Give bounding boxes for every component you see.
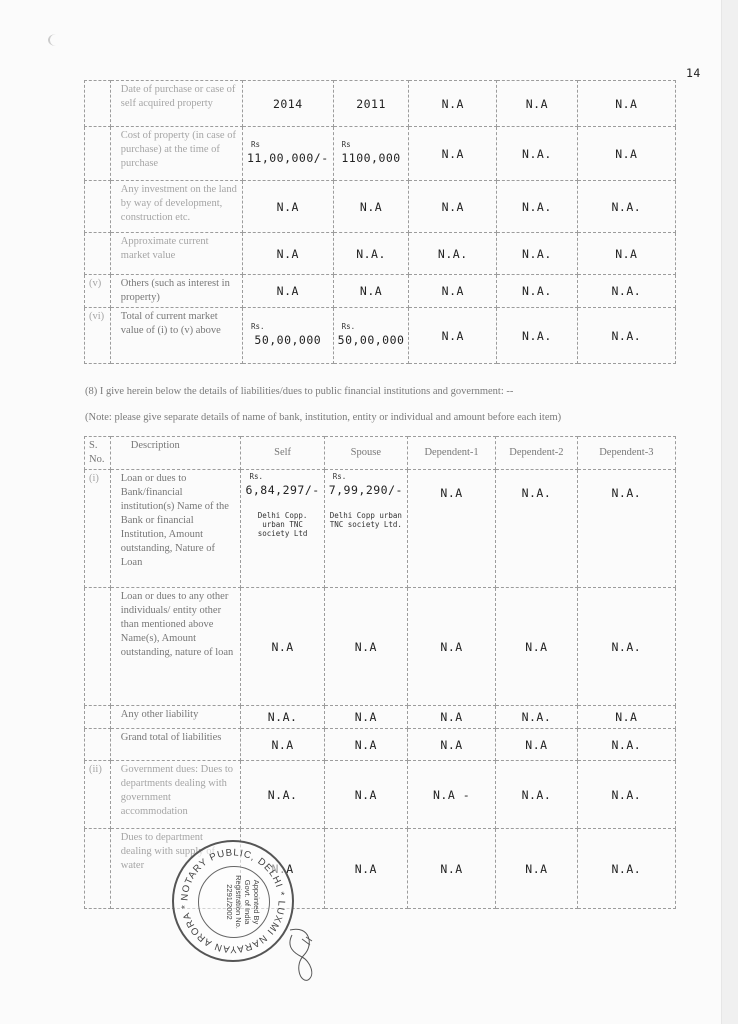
- handwritten-value: N.A: [615, 147, 637, 161]
- value-cell: N.A: [577, 127, 675, 181]
- table-row: Date of purchase or case of self acquire…: [85, 81, 676, 127]
- handwritten-value: N.A: [355, 862, 377, 876]
- table-row: (i)Loan or dues to Bank/financial instit…: [85, 470, 676, 588]
- handwritten-value: N.A: [355, 738, 377, 752]
- handwritten-value: N.A: [442, 329, 464, 343]
- value-cell: N.A: [577, 233, 675, 275]
- row-description: Loan or dues to any other individuals/ e…: [110, 588, 241, 706]
- value-cell: N.A: [242, 181, 333, 233]
- handwritten-value: N.A.: [522, 710, 552, 724]
- table-row: Loan or dues to any other individuals/ e…: [85, 588, 676, 706]
- value-cell: 2011: [333, 81, 409, 127]
- handwritten-value: 6,84,297/-: [245, 483, 319, 497]
- row-description: Date of purchase or case of self acquire…: [110, 81, 242, 127]
- handwritten-value: 2014: [273, 97, 303, 111]
- row-sno: [85, 829, 111, 909]
- handwritten-value: N.A.: [522, 200, 552, 214]
- row-sno: (ii): [85, 761, 111, 829]
- lender-note: Delhi Copp urban TNC society Ltd.: [329, 511, 403, 529]
- row-sno: [85, 588, 111, 706]
- value-cell: N.A: [324, 761, 407, 829]
- row-sno: [85, 81, 111, 127]
- table-row: Any other liabilityN.A.N.AN.AN.A.N.A: [85, 706, 676, 729]
- value-cell: N.A: [409, 127, 497, 181]
- handwritten-value: N.A.: [522, 247, 552, 261]
- header-spouse: Spouse: [324, 437, 407, 470]
- table-row: (v)Others (such as interest in property)…: [85, 275, 676, 308]
- value-cell: N.A: [324, 729, 407, 761]
- value-cell: N.A: [409, 81, 497, 127]
- handwritten-value: N.A: [442, 200, 464, 214]
- stamp-center-text: Appointed By Govt. of India Registration…: [205, 874, 261, 930]
- row-sno: [85, 181, 111, 233]
- handwritten-value: N.A.: [611, 284, 641, 298]
- header-sno: S. No.: [85, 437, 111, 470]
- value-cell: Rs1100,000: [333, 127, 409, 181]
- value-cell: N.A: [242, 275, 333, 308]
- value-cell: N.A: [577, 706, 675, 729]
- value-cell: N.A.: [577, 470, 675, 588]
- handwritten-value: N.A.: [356, 247, 386, 261]
- row-description: Government dues: Dues to departments dea…: [110, 761, 241, 829]
- value-cell: Rs.6,84,297/-Delhi Copp. urban TNC socie…: [241, 470, 324, 588]
- page-edge: [721, 0, 738, 1024]
- handwritten-value: N.A: [277, 200, 299, 214]
- notary-stamp: NOTARY PUBLIC, DELHI * LUXMI NARAYAN ARO…: [172, 840, 294, 962]
- handwritten-value: N.A.: [611, 200, 641, 214]
- handwritten-value: N.A: [355, 788, 377, 802]
- header-dependent-1: Dependent-1: [407, 437, 495, 470]
- liabilities-table: S. No. Description Self Spouse Dependent…: [84, 436, 676, 909]
- header-description: Description: [110, 437, 241, 470]
- value-cell: N.A: [409, 181, 497, 233]
- rs-prefix: Rs.: [249, 472, 319, 481]
- rs-prefix: Rs.: [333, 472, 403, 481]
- row-description: Any other liability: [110, 706, 241, 729]
- handwritten-value: N.A.: [522, 788, 552, 802]
- handwritten-value: N.A.: [268, 710, 298, 724]
- table-row: Approximate current market valueN.AN.A.N…: [85, 233, 676, 275]
- page-number: 14: [686, 66, 701, 80]
- handwritten-value: N.A: [615, 710, 637, 724]
- handwritten-value: 50,00,000: [338, 333, 405, 347]
- value-cell: Rs.50,00,000: [242, 308, 333, 364]
- handwritten-value: 7,99,290/-: [329, 483, 403, 497]
- value-cell: N.A.: [497, 181, 578, 233]
- value-cell: 2014: [242, 81, 333, 127]
- value-cell: Rs.7,99,290/-Delhi Copp urban TNC societ…: [324, 470, 407, 588]
- handwritten-value: N.A.: [522, 486, 552, 500]
- value-cell: N.A: [242, 233, 333, 275]
- handwritten-value: N.A: [277, 284, 299, 298]
- handwritten-value: N.A: [525, 738, 547, 752]
- section-8-note: (Note: please give separate details of n…: [85, 412, 561, 423]
- handwritten-value: N.A: [526, 97, 548, 111]
- value-cell: N.A.: [497, 308, 578, 364]
- row-sno: (v): [85, 275, 111, 308]
- value-cell: N.A: [496, 729, 578, 761]
- row-sno: (i): [85, 470, 111, 588]
- value-cell: N.A.: [496, 761, 578, 829]
- section-8-heading: (8) I give herein below the details of l…: [85, 386, 513, 397]
- value-cell: N.A.: [241, 761, 324, 829]
- rs-prefix: Rs.: [342, 322, 405, 331]
- punch-mark: [48, 34, 64, 46]
- table-row: Cost of property (in case of purchase) a…: [85, 127, 676, 181]
- handwritten-value: N.A: [440, 710, 462, 724]
- handwritten-value: N.A: [440, 738, 462, 752]
- handwritten-value: N.A: [440, 862, 462, 876]
- value-cell: N.A.: [577, 181, 675, 233]
- value-cell: Rs.50,00,000: [333, 308, 409, 364]
- row-description: Approximate current market value: [110, 233, 242, 275]
- signature: [280, 925, 320, 985]
- handwritten-value: N.A: [442, 147, 464, 161]
- handwritten-value: N.A.: [611, 738, 641, 752]
- stamp-line: Govt. of India: [243, 874, 252, 930]
- lender-note: Delhi Copp. urban TNC society Ltd: [245, 511, 319, 538]
- table-row: Grand total of liabilitiesN.AN.AN.AN.AN.…: [85, 729, 676, 761]
- value-cell: N.A: [577, 81, 675, 127]
- value-cell: N.A.: [577, 761, 675, 829]
- value-cell: N.A.: [409, 233, 497, 275]
- value-cell: N.A.: [497, 275, 578, 308]
- row-description: Grand total of liabilities: [110, 729, 241, 761]
- handwritten-value: N.A: [360, 200, 382, 214]
- value-cell: Rs11,00,000/-: [242, 127, 333, 181]
- handwritten-value: N.A: [440, 486, 462, 500]
- handwritten-value: N.A: [360, 284, 382, 298]
- value-cell: N.A.: [333, 233, 409, 275]
- handwritten-value: N.A: [615, 247, 637, 261]
- table-row: Any investment on the land by way of dev…: [85, 181, 676, 233]
- value-cell: N.A.: [496, 470, 578, 588]
- value-cell: N.A.: [577, 308, 675, 364]
- handwritten-value: N.A: [525, 862, 547, 876]
- value-cell: N.A: [333, 181, 409, 233]
- value-cell: N.A: [497, 81, 578, 127]
- value-cell: N.A: [409, 308, 497, 364]
- value-cell: N.A: [324, 829, 407, 909]
- value-cell: N.A: [407, 706, 495, 729]
- handwritten-value: N.A.: [268, 788, 298, 802]
- row-description: Total of current market value of (i) to …: [110, 308, 242, 364]
- row-sno: [85, 233, 111, 275]
- handwritten-value: N.A -: [433, 788, 470, 802]
- handwritten-value: N.A: [355, 640, 377, 654]
- value-cell: N.A: [496, 829, 578, 909]
- handwritten-value: 2011: [356, 97, 386, 111]
- handwritten-value: N.A.: [611, 486, 641, 500]
- rs-prefix: Rs.: [251, 322, 329, 331]
- value-cell: N.A: [324, 588, 407, 706]
- header-dependent-3: Dependent-3: [577, 437, 675, 470]
- handwritten-value: N.A: [355, 710, 377, 724]
- handwritten-value: N.A: [271, 738, 293, 752]
- table-row: (vi)Total of current market value of (i)…: [85, 308, 676, 364]
- rs-prefix: Rs: [251, 140, 329, 149]
- header-self: Self: [241, 437, 324, 470]
- value-cell: N.A.: [577, 729, 675, 761]
- handwritten-value: N.A: [277, 247, 299, 261]
- handwritten-value: N.A: [442, 284, 464, 298]
- handwritten-value: N.A.: [522, 147, 552, 161]
- value-cell: N.A: [496, 588, 578, 706]
- value-cell: N.A: [324, 706, 407, 729]
- value-cell: N.A: [409, 275, 497, 308]
- value-cell: N.A.: [241, 706, 324, 729]
- handwritten-value: N.A.: [522, 284, 552, 298]
- value-cell: N.A -: [407, 761, 495, 829]
- row-description: Loan or dues to Bank/financial instituti…: [110, 470, 241, 588]
- handwritten-value: N.A: [440, 640, 462, 654]
- value-cell: N.A.: [497, 127, 578, 181]
- value-cell: N.A.: [577, 275, 675, 308]
- handwritten-value: N.A: [525, 640, 547, 654]
- table-row: (ii)Government dues: Dues to departments…: [85, 761, 676, 829]
- row-sno: (vi): [85, 308, 111, 364]
- value-cell: N.A: [407, 470, 495, 588]
- handwritten-value: 11,00,000/-: [247, 151, 329, 165]
- assets-table: Date of purchase or case of self acquire…: [84, 80, 676, 364]
- handwritten-value: N.A.: [611, 788, 641, 802]
- stamp-line: Registration No.: [234, 874, 243, 930]
- handwritten-value: N.A.: [522, 329, 552, 343]
- value-cell: N.A.: [577, 588, 675, 706]
- value-cell: N.A: [241, 588, 324, 706]
- handwritten-value: N.A.: [611, 862, 641, 876]
- stamp-line: Appointed By: [252, 874, 261, 930]
- rs-prefix: Rs: [342, 140, 405, 149]
- handwritten-value: N.A: [271, 640, 293, 654]
- stamp-line: 2291/2002: [225, 874, 234, 930]
- value-cell: N.A.: [577, 829, 675, 909]
- value-cell: N.A.: [496, 706, 578, 729]
- row-sno: [85, 127, 111, 181]
- value-cell: N.A: [407, 729, 495, 761]
- row-description: Any investment on the land by way of dev…: [110, 181, 242, 233]
- header-dependent-2: Dependent-2: [496, 437, 578, 470]
- value-cell: N.A: [333, 275, 409, 308]
- value-cell: N.A: [407, 588, 495, 706]
- value-cell: N.A: [407, 829, 495, 909]
- handwritten-value: 50,00,000: [254, 333, 321, 347]
- value-cell: N.A: [241, 729, 324, 761]
- handwritten-value: N.A: [615, 97, 637, 111]
- liabilities-header-row: S. No. Description Self Spouse Dependent…: [85, 437, 676, 470]
- row-sno: [85, 706, 111, 729]
- row-description: Others (such as interest in property): [110, 275, 242, 308]
- handwritten-value: 1100,000: [341, 151, 400, 165]
- handwritten-value: N.A.: [611, 329, 641, 343]
- value-cell: N.A.: [497, 233, 578, 275]
- handwritten-value: N.A.: [438, 247, 468, 261]
- row-description: Cost of property (in case of purchase) a…: [110, 127, 242, 181]
- handwritten-value: N.A.: [611, 640, 641, 654]
- handwritten-value: N.A: [442, 97, 464, 111]
- row-sno: [85, 729, 111, 761]
